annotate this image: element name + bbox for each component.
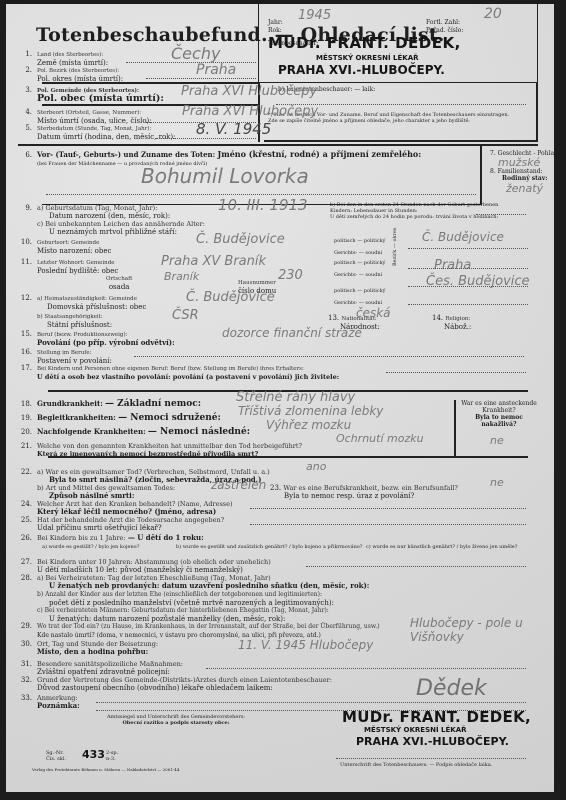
field-28a: 28.a) Bei Verheirateten: Tag der letzten… (18, 574, 369, 590)
field-8-value: ženatý (506, 182, 543, 195)
field-9b: b) Bei den in den ersten 24 Stunden nach… (330, 202, 520, 220)
field-30: 30.Ort, Tag und Stunde der Beisetzung: M… (18, 640, 158, 656)
stamp-bottom-title: MĚSTSKÝ OKRESNÍ LÉKAŘ (364, 726, 467, 734)
serial-value: 20 (484, 6, 502, 22)
field-9a-value: 10. III. 1913 (218, 196, 308, 214)
field-26a: a) wurde es gestillt? / bylo jen kojeno? (42, 544, 139, 550)
field-3-value: Praha XVI Hlubočepy (181, 84, 317, 99)
field-26c: c) wurde es nur künstlich genährt? / byl… (366, 544, 517, 550)
stamp-top-name: MUDr. FRANT. DEDEK, (268, 34, 461, 52)
stamp-bottom-place: PRAHA XVI.-HLUBOČEPY. (356, 735, 509, 748)
field-22a-value: ano (306, 460, 326, 473)
field-25: 25.Hat der behandelnde Arzt die Todesurs… (18, 516, 224, 532)
field-17: 17.Bei Kindern und Personen ohne eigenen… (18, 364, 339, 381)
field-18-value: Střelné rány hlavy (236, 390, 355, 405)
side-block-3: politisch — politickýGerichts- — soudní (334, 288, 385, 306)
field-11: 11.Letzter Wohnort: Gemeinde Poslední by… (18, 258, 118, 275)
field-33: 33.Anmerkung: Poznámka: (18, 694, 80, 710)
side-value-3: Praha (434, 258, 471, 273)
field-16: 16.Stellung im Berufe: Postavení v povol… (18, 348, 112, 365)
field-29-value: Hlubočepy - pole u Višňovky (410, 616, 540, 644)
field-22b-value: zastřelen (211, 478, 266, 492)
side-block-1: politisch — politickýGerichts- — soudní (334, 238, 385, 256)
right-signature-label: Unterschrift des Totenbeschauers. — Podp… (340, 762, 492, 768)
field-1-value: Čechy (171, 44, 220, 63)
field-11-locality: Ortschaftosada (106, 274, 132, 291)
title-german: Totenbeschaubefund. (36, 24, 268, 46)
infectious-question: War es eine ansteckende Krankheit?Byla t… (460, 400, 538, 428)
field-2-value: Praha (196, 62, 236, 78)
field-14: 14. Religion: Nábož.: (432, 314, 471, 331)
field-19-value: Tříštivá zlomenina lebky (238, 404, 383, 418)
field-23: 23. War es eine Berufskrankheit, bezw. e… (270, 484, 458, 500)
field-15: 15.Beruf (bezw. Produktionszweig): Povol… (18, 330, 175, 347)
field-6-value: Bohumil Lovorka (141, 164, 309, 188)
field-4-value: Praha XVI Hlubočepy (182, 104, 318, 119)
field-12a-value: Č. Budějovice (186, 290, 275, 305)
stamp-bottom-name: MUDr. FRANT. DEDEK, (342, 708, 531, 726)
field-5: 5.Sterbedatum (Stunde, Tag, Monat, Jahr)… (18, 124, 176, 141)
field-30-value: 11. V. 1945 Hlubočepy (238, 638, 373, 652)
field-20-value: Výhřez mozku (266, 418, 351, 432)
field-19: 19.Begleitkrankheiten: — Nemoci sdružené… (18, 414, 221, 422)
field-10: 10.Geburtsort: Gemeinde Místo narození: … (18, 238, 111, 255)
form-code-suffix: 2-sp.n-3. (106, 750, 118, 762)
serial-label: Fortl. Zahl: Pořad. číslo: (426, 18, 463, 34)
side-value-1: Č. Budějovice (422, 230, 504, 244)
field-13-value: česká (356, 306, 391, 320)
stamp-top-place: PRAHA XVI.-HLUBOČEPY. (278, 63, 445, 77)
year-label: Jahr: Rok: (268, 18, 283, 34)
field-18: 18.Grundkrankheit: — Základní nemoc: (18, 400, 201, 408)
side-block-2: politisch — politickýGerichts- — soudní (334, 260, 385, 278)
field-20: 20.Nachfolgende Krankheiten: — Nemoci ná… (18, 428, 250, 436)
printer-imprint: Verlag des Protektorats Böhmen u. Mähren… (32, 766, 181, 774)
year-value: 1945 (298, 8, 331, 23)
field-26b: b) wurde es gestillt und zusätzlich genä… (176, 544, 362, 550)
field-12b: b) Staatsangehörigkeit: Státní příslušno… (18, 312, 112, 329)
field-28b: b) Anzahl der Kinder aus der letzten Ehe… (18, 590, 334, 607)
field-31: 31.Besondere sanitätspolizeiliche Maßnah… (18, 660, 183, 676)
field-22b: b) Art und Mittel des gewaltsamen Todes:… (18, 484, 175, 500)
side-vertical-label: Bezirk — okres (392, 228, 398, 266)
field-9a: 9.a) Geburtsdatum (Tag, Monat, Jahr): Da… (18, 204, 170, 220)
field-8: 8. Familienstand: Rodinný stav: (490, 168, 548, 182)
field-12b-value: ČSR (172, 308, 199, 323)
infectious-value: ne (490, 434, 504, 447)
stamp-top-title: MĚSTSKÝ OKRESNÍ LÉKAŘ (316, 54, 419, 62)
field-2: 2.Pol. Bezirk (des Sterbeortes): Pol. ok… (18, 66, 123, 83)
field-15-value: dozorce finanční stráže (222, 326, 362, 340)
field-24: 24.Welcher Arzt hat den Kranken behandel… (18, 500, 233, 516)
field-4: 4.Sterbeort (Ortsteil, Gasse, Nummer): M… (18, 108, 152, 125)
field-1: 1.Land (des Sterbeortes): Země (místa úm… (18, 50, 108, 67)
signature: Dědek (416, 676, 487, 701)
field-32: 32.Grund der Vertretung des Gemeinde-(Di… (18, 676, 332, 692)
field-11-value: Praha XV Braník (161, 254, 266, 269)
field-5-value: 8. V. 1945 (196, 120, 271, 138)
field-28c: c) Bei verheirateten Männern: Geburtsdat… (18, 606, 329, 623)
field-9c: c) Bei unbekannten Leichen das annähernd… (18, 220, 205, 236)
field-11-locality-value: Braník (164, 270, 199, 283)
form-number: 433 (82, 748, 105, 761)
field-11-house-value: 230 (278, 268, 303, 283)
field-21-value: Ochrnutí mozku (336, 432, 424, 445)
field-10-value: Č. Budějovice (196, 232, 285, 247)
form-code-label: Sg.-Nr.Čís. skl. (46, 750, 66, 762)
field-3: 3.Pol. Gemeinde (des Sterbeortes): Pol. … (18, 86, 164, 103)
death-certificate-form: Totenbeschaubefund. — Ohledací list. Jah… (6, 4, 554, 792)
left-signature-label: Amtssiegel und Unterschrift des Gemeinde… (86, 714, 266, 726)
field-26: 26.Bei Kindern bis zu 1 Jahre: — U dětí … (18, 534, 204, 542)
field-23-value: ne (490, 476, 504, 489)
field-27: 27.Bei Kindern unter 10 Jahren: Abstammu… (18, 558, 271, 574)
field-12a: 12.a) Heimatszuständigkeit: Gemeinde Dom… (18, 294, 146, 311)
